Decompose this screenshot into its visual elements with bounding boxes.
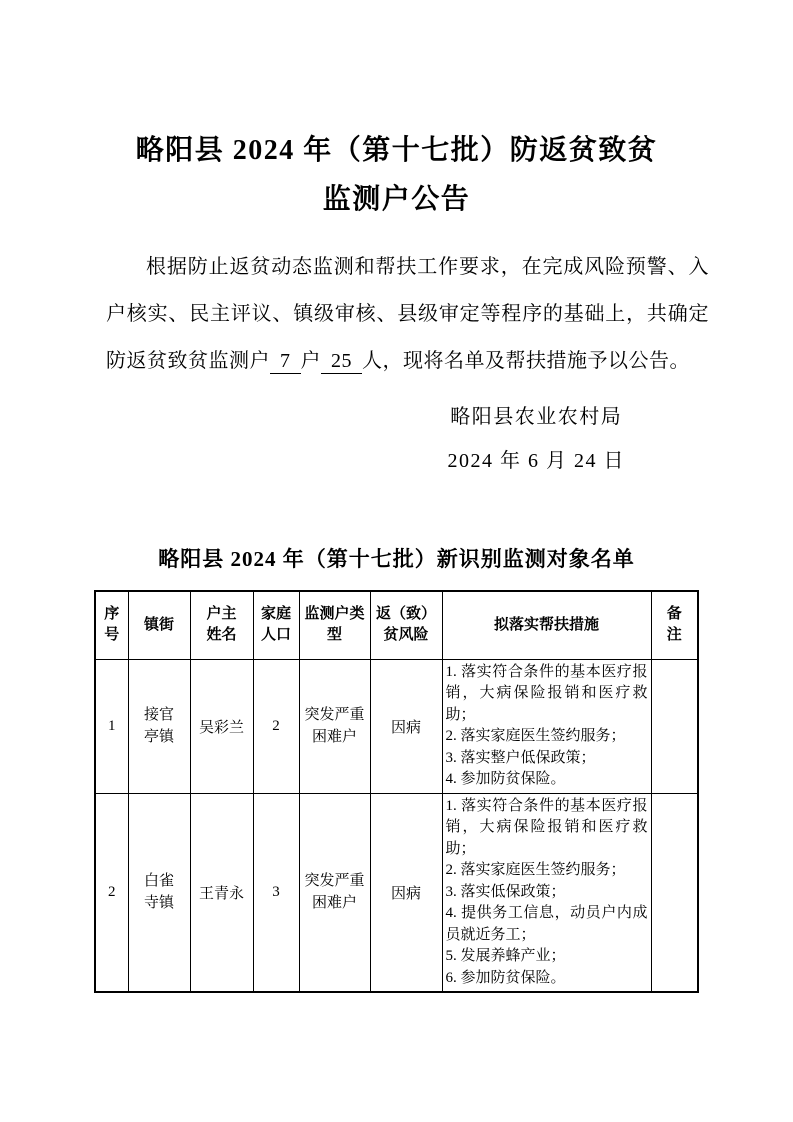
col-header-remark: 备 注 [651, 591, 698, 659]
measure-item: 1. 落实符合条件的基本医疗报销，大病保险报销和医疗救助； [446, 662, 648, 727]
remark-cell [651, 659, 698, 793]
measure-item: 4. 参加防贫保险。 [446, 769, 648, 791]
measure-item: 1. 落实符合条件的基本医疗报销，大病保险报销和医疗救助； [446, 796, 648, 861]
table-header-row: 序 号 镇街 户主 姓名 家庭 人口 监测户类 型 [95, 591, 698, 659]
seq-cell: 1 [95, 659, 128, 793]
col-header-measures: 拟落实帮扶措施 [442, 591, 651, 659]
family-size-cell: 3 [253, 793, 299, 992]
body-text-part3: 人，现将名单及帮扶措施予以公告。 [362, 350, 690, 372]
signature-date: 2024 年 6 月 24 日 [448, 439, 626, 483]
announcement-title-line1: 略阳县 2024 年（第十七批）防返贫致贫 [0, 126, 793, 175]
signature-block: 略阳县农业农村局 2024 年 6 月 24 日 [448, 395, 626, 483]
people-count-underlined: 25 [321, 349, 362, 374]
col-header-risk: 返（致） 贫风险 [370, 591, 442, 659]
monitoring-roster-table: 序 号 镇街 户主 姓名 家庭 人口 监测户类 型 [94, 590, 699, 993]
households-count-underlined: 7 [270, 349, 301, 374]
town-cell: 接官 亭镇 [128, 659, 190, 793]
measure-item: 3. 落实低保政策； [446, 882, 648, 904]
measure-item: 3. 落实整户低保政策； [446, 748, 648, 770]
measure-item: 2. 落实家庭医生签约服务； [446, 860, 648, 882]
col-header-family-size: 家庭 人口 [253, 591, 299, 659]
col-header-monitor-type: 监测户类 型 [299, 591, 370, 659]
announcement-title-line2: 监测户公告 [0, 175, 793, 224]
announcement-title: 略阳县 2024 年（第十七批）防返贫致贫 监测户公告 [0, 126, 793, 224]
remark-cell [651, 793, 698, 992]
signature-agency: 略阳县农业农村局 [448, 395, 626, 439]
family-size-cell: 2 [253, 659, 299, 793]
seq-cell: 2 [95, 793, 128, 992]
household-head-cell: 王青永 [190, 793, 253, 992]
roster-table-title: 略阳县 2024 年（第十七批）新识别监测对象名单 [0, 544, 793, 574]
measure-item: 6. 参加防贫保险。 [446, 968, 648, 990]
body-text-part2: 户 [301, 350, 322, 372]
table-row: 1 接官 亭镇 吴彩兰 2 突发严重 困难户 因病 1. 落实符合条件的基本医疗… [95, 659, 698, 793]
measure-item: 5. 发展养蜂产业； [446, 946, 648, 968]
document-page: 略阳县 2024 年（第十七批）防返贫致贫 监测户公告 根据防止返贫动态监测和帮… [0, 0, 793, 1122]
household-head-cell: 吴彩兰 [190, 659, 253, 793]
measures-cell: 1. 落实符合条件的基本医疗报销，大病保险报销和医疗救助； 2. 落实家庭医生签… [442, 659, 651, 793]
measures-cell: 1. 落实符合条件的基本医疗报销，大病保险报销和医疗救助； 2. 落实家庭医生签… [442, 793, 651, 992]
col-header-town: 镇街 [128, 591, 190, 659]
table-row: 2 白雀 寺镇 王青永 3 突发严重 困难户 因病 1. 落实符合条件的基本医疗… [95, 793, 698, 992]
measure-item: 4. 提供务工信息，动员户内成员就近务工； [446, 903, 648, 946]
monitor-type-cell: 突发严重 困难户 [299, 659, 370, 793]
col-header-seq: 序 号 [95, 591, 128, 659]
announcement-body: 根据防止返贫动态监测和帮扶工作要求，在完成风险预警、入户核实、民主评议、镇级审核… [106, 244, 709, 385]
town-cell: 白雀 寺镇 [128, 793, 190, 992]
col-header-household-head: 户主 姓名 [190, 591, 253, 659]
measure-item: 2. 落实家庭医生签约服务； [446, 726, 648, 748]
risk-cell: 因病 [370, 793, 442, 992]
risk-cell: 因病 [370, 659, 442, 793]
monitor-type-cell: 突发严重 困难户 [299, 793, 370, 992]
